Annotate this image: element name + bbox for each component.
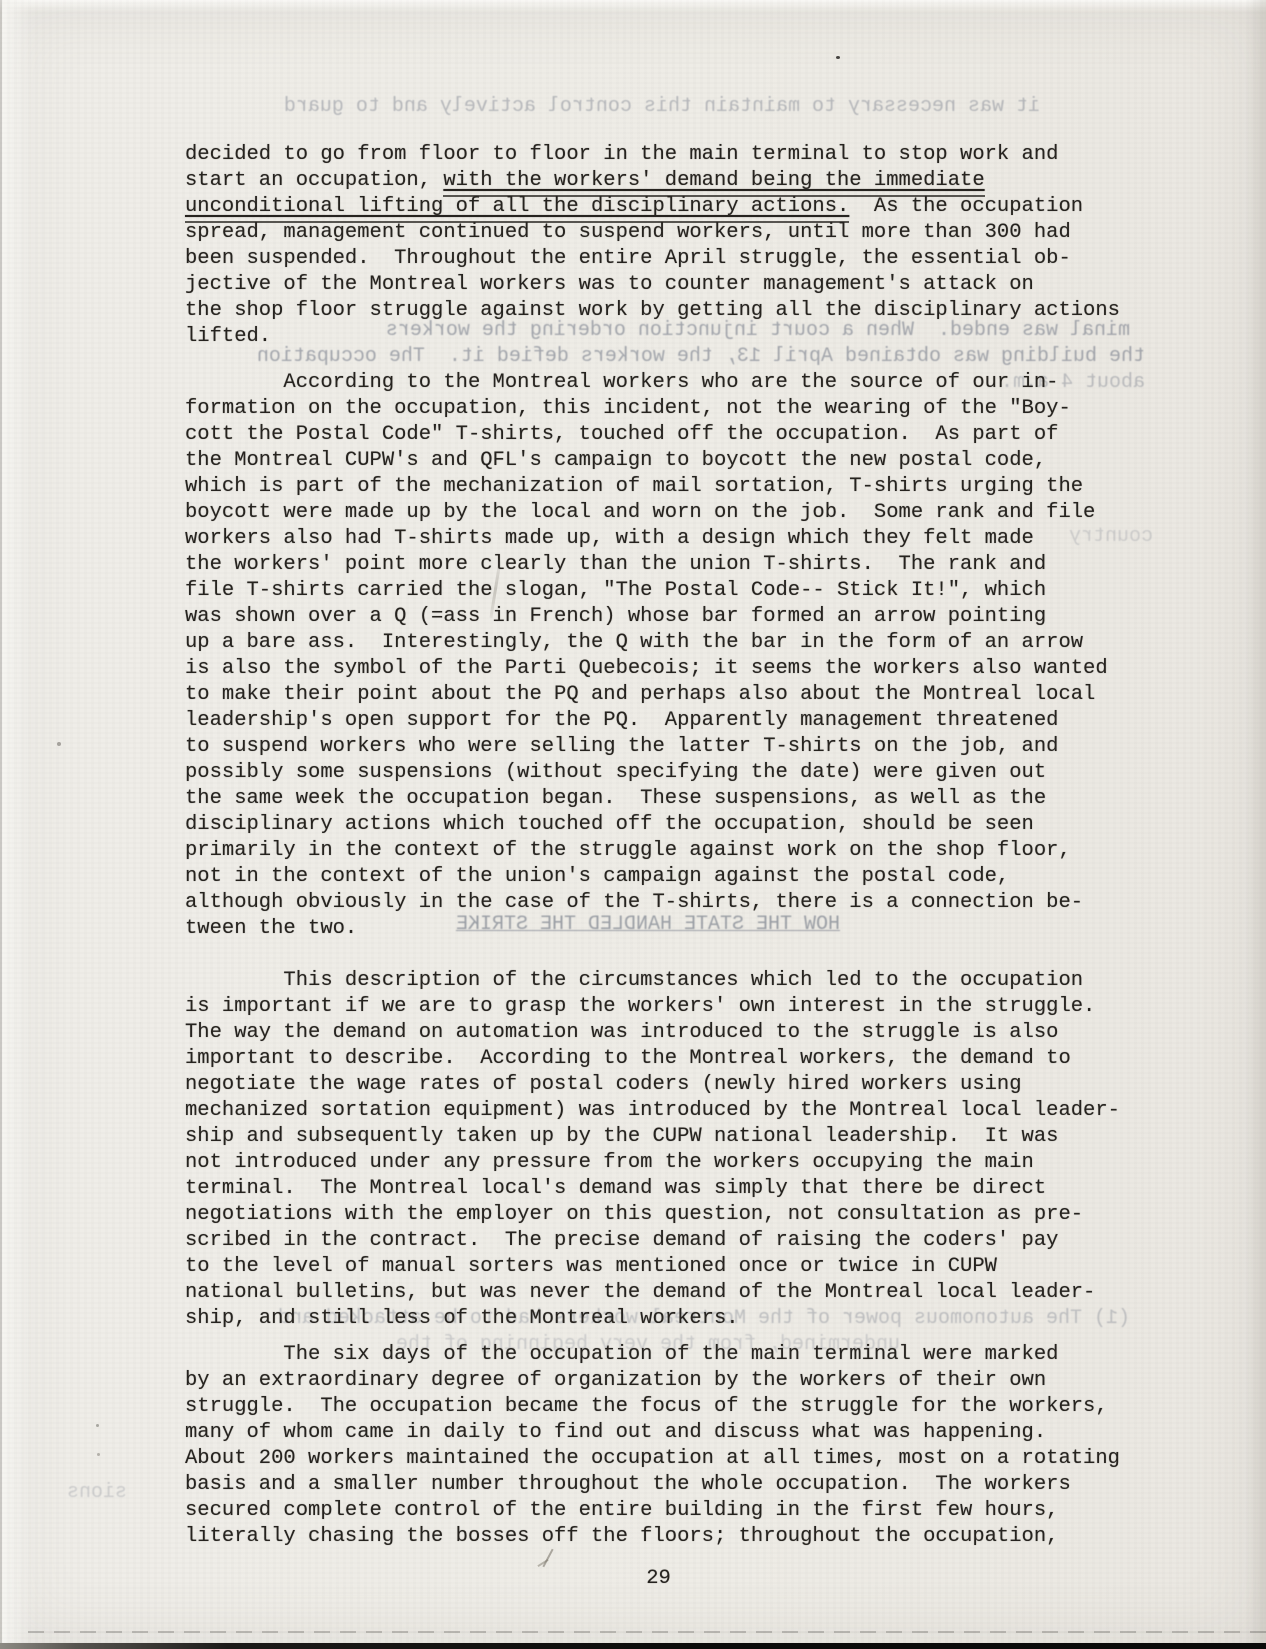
paragraph-2: According to the Montreal workers who ar… bbox=[185, 370, 1108, 942]
scan-bottom-edge bbox=[0, 1643, 1266, 1649]
page-number: 29 bbox=[185, 1566, 1132, 1592]
scan-speck bbox=[96, 1424, 99, 1427]
paragraph-4: The six days of the occupation of the ma… bbox=[185, 1342, 1120, 1550]
bleedthrough-text: sions bbox=[52, 1480, 127, 1506]
page-left-edge bbox=[0, 0, 32, 1649]
scan-bottom-scratch-line bbox=[28, 1631, 1266, 1633]
paragraph-3: This description of the circumstances wh… bbox=[185, 968, 1120, 1332]
page-right-edge bbox=[1246, 0, 1266, 1649]
scanned-page: it was necessary to maintain this contro… bbox=[0, 0, 1266, 1649]
scan-speck bbox=[57, 742, 61, 746]
scan-speck bbox=[97, 1453, 100, 1456]
paragraph-1: decided to go from floor to floor in the… bbox=[185, 142, 1120, 350]
typewritten-text-layer: decided to go from floor to floor in the… bbox=[185, 0, 1145, 1649]
scan-speck bbox=[836, 56, 840, 59]
